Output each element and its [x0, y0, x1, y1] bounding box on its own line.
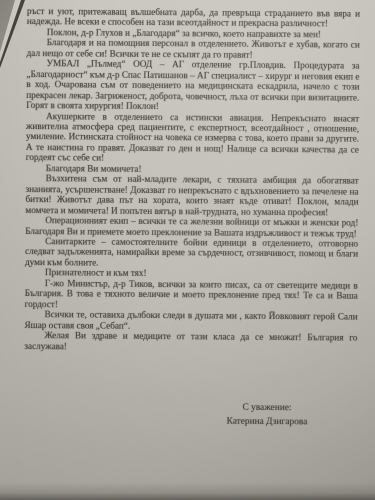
closing-signature: Катерина Дзигарова — [158, 415, 375, 430]
letter-paragraph: Г-жо Министър, д-р Тиков, всички за коит… — [25, 278, 358, 312]
photo-of-letter: ръст и уют, притежаващ вълшебната дарба,… — [0, 0, 375, 500]
letter-paragraph: Благодаря и на помощния персонал в отдел… — [27, 37, 360, 61]
letter-paragraph: Санитарките – самостоятелните бойни един… — [25, 236, 358, 270]
letter-paragraph: Всички те, оставиха дълбоки следи в душа… — [24, 309, 357, 333]
letter-paragraph: Желая Ви здраве и медиците от тази класа… — [24, 330, 357, 354]
letter-paragraph: Акушерките в отделението са истински ави… — [26, 111, 359, 166]
letter-closing: С уважение: Катерина Дзигарова — [158, 401, 375, 430]
letter-paragraph: Операционният екип – всички те са железн… — [25, 215, 358, 239]
paper-bottom-shadow — [0, 482, 375, 500]
letter-paragraph: ръст и уют, притежаващ вълшебната дарба,… — [27, 6, 360, 30]
letter-paragraph: УМБАЛ „Пълмед“ ООД – АГ отделение гр.Пло… — [26, 58, 359, 113]
letter-paragraph: Възхитена съм от най-младите лекари, с т… — [25, 173, 358, 217]
letter-body: ръст и уют, притежаващ вълшебната дарба,… — [24, 6, 360, 354]
